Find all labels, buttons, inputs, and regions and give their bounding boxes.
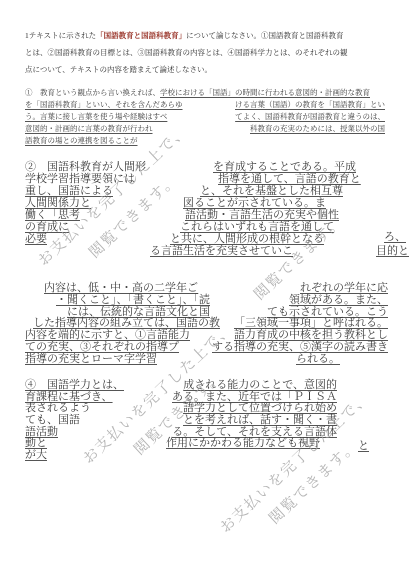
text-fragment: した指導内容の組み立ては、国語の教 <box>33 317 220 329</box>
text-fragment: する指導の充実、⑤漢字の読み書き <box>212 341 388 353</box>
text-fragment: 動と <box>25 437 47 449</box>
document-page: 1テキストに示された「国語教育と国語科教育」について論じなさい。①国語教育と国語… <box>0 0 410 580</box>
text-fragment: てよく、国語科教育が国語教育と違うのは、 <box>235 113 385 121</box>
text-fragment: 人間関係力と <box>25 197 91 209</box>
text-fragment: られる。 <box>296 353 340 365</box>
text-fragment: 語力育成の中核を担う教科とし <box>234 329 388 341</box>
prompt-text-pre: 1テキストに示された <box>25 31 96 40</box>
text-fragment: 表されるよう <box>25 402 91 414</box>
text-fragment: 語活動・言語生活の充実や個性 <box>185 209 339 221</box>
text-fragment: を育成することである。平成 <box>213 161 356 173</box>
text-fragment: ・聞くこと」、「書くこと」、「読 <box>56 294 210 306</box>
prompt-highlighted-title: 「国語教育と国語科教育」 <box>96 31 186 40</box>
text-fragment: 領域がある。また、 <box>289 294 388 306</box>
text-fragment: ても、国語 <box>25 414 80 426</box>
text-fragment: ての充実、③それぞれの指導プ <box>25 341 179 353</box>
prompt-line-2: とは、②国語科教育の目標とは、③国語科教育の内容とは、④国語科学力とは、のそれぞ… <box>25 48 348 58</box>
text-fragment: ろ、 <box>384 231 406 243</box>
prompt-text-post: について論じなさい。①国語教育と国語科教育 <box>186 31 343 40</box>
text-fragment: 語学力として位置づけられ始め <box>183 402 337 414</box>
text-fragment: が大 <box>25 449 47 461</box>
text-fragment: 目的と <box>376 245 409 257</box>
text-fragment: る言語生活を充実させていこ <box>150 245 293 257</box>
text-fragment: とを考えれば、話す・聞く・書 <box>183 414 337 426</box>
text-fragment: 意図的・計画的に言葉の教育が行われ <box>25 125 153 133</box>
text-fragment: う。言葉に接し言葉を使う場や経験はすべ <box>25 113 167 121</box>
text-fragment: 科教育の充実のためには、授業以外の国 <box>250 125 385 133</box>
text-fragment: を「国語科教育」といい、それを含んだあらゆ <box>25 101 183 109</box>
text-fragment: 指導の充実とローマ字学習 <box>25 353 157 365</box>
text-fragment: ④ 国語学力とは、 <box>25 379 124 391</box>
text-fragment: 内容を端的に示すと、①言語能力 <box>25 329 190 341</box>
text-fragment: 内容は、低・中・高の二学年ご <box>44 282 198 294</box>
text-fragment: と、それを基盤とした相互尊 <box>200 185 343 197</box>
text-fragment: 「三領域一事項」と呼ばれる。 <box>234 317 388 329</box>
text-fragment: 語教育の場との連携を図ることが <box>25 137 138 145</box>
text-fragment: 指導を通して、言語の教育と <box>218 173 361 185</box>
prompt-line-1: 1テキストに示された「国語教育と国語科教育」について論じなさい。①国語教育と国語… <box>25 31 343 41</box>
text-fragment: 学校における「国語」の時間に行われる意図的・計画的な教育 <box>160 89 370 97</box>
text-fragment: れぞれの学年に応 <box>300 282 388 294</box>
text-fragment: ① 教育という観点から言い換えれば、 <box>25 89 160 97</box>
text-fragment: 図ることが示されている。ま <box>183 197 326 209</box>
prompt-line-3: 点について、テキストの内容を踏まえて論述しなさい。 <box>25 65 212 75</box>
text-fragment: ける言葉（国語）の教育を「国語教育」とい <box>235 101 385 109</box>
